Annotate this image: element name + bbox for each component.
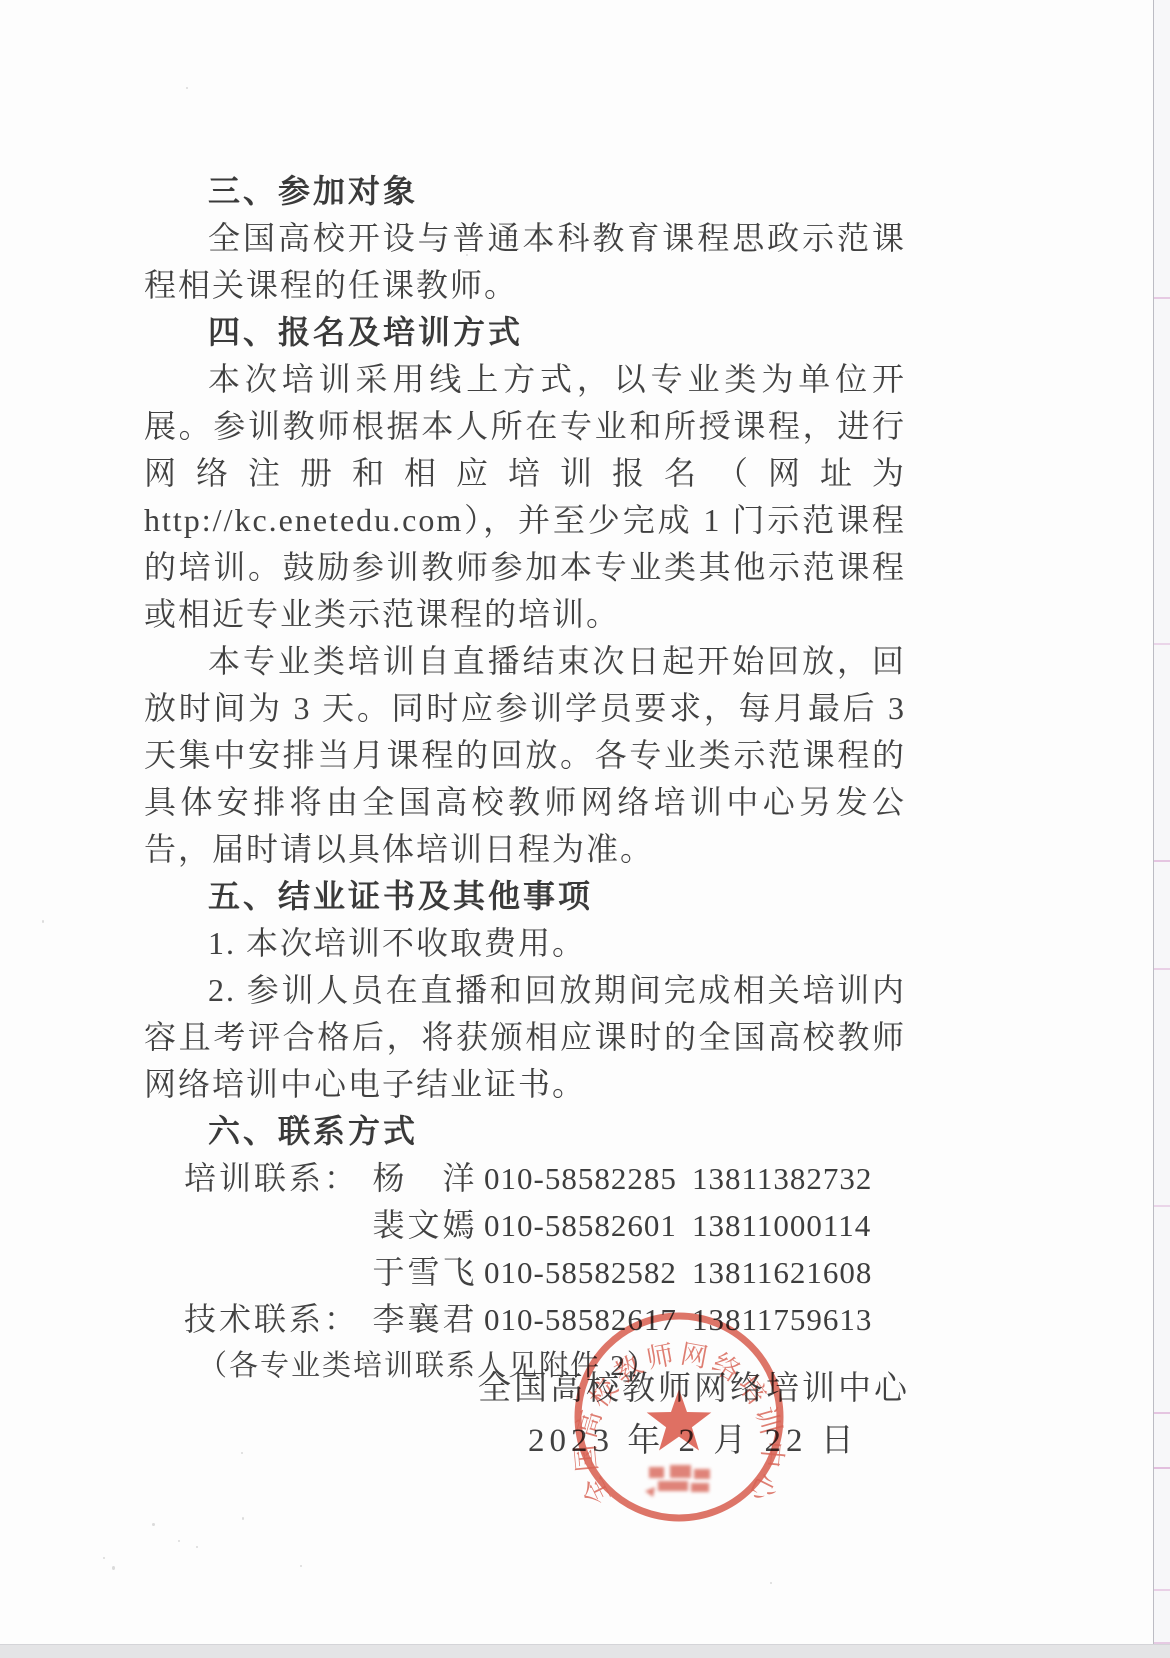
ruled-line <box>1154 1467 1170 1469</box>
scan-edge <box>0 1644 1170 1658</box>
ruled-line <box>1154 968 1170 970</box>
ruled-line <box>1154 297 1170 299</box>
ruled-line <box>1154 1412 1170 1414</box>
ruled-line <box>1154 1205 1170 1207</box>
official-seal: 全国高校教师网络培训中心 <box>565 1303 793 1531</box>
ruled-line <box>1154 860 1170 862</box>
scanned-document-page: 三、参加对象 全国高校开设与普通本科教育课程思政示范课程相关课程的任课教师。 四… <box>0 0 1170 1658</box>
ruled-line <box>1154 1589 1170 1591</box>
ruled-line <box>1154 643 1170 645</box>
page-edge-strip <box>1153 0 1170 1646</box>
seal-bottom-smudge <box>645 1465 710 1497</box>
seal-star-icon <box>647 1389 712 1451</box>
